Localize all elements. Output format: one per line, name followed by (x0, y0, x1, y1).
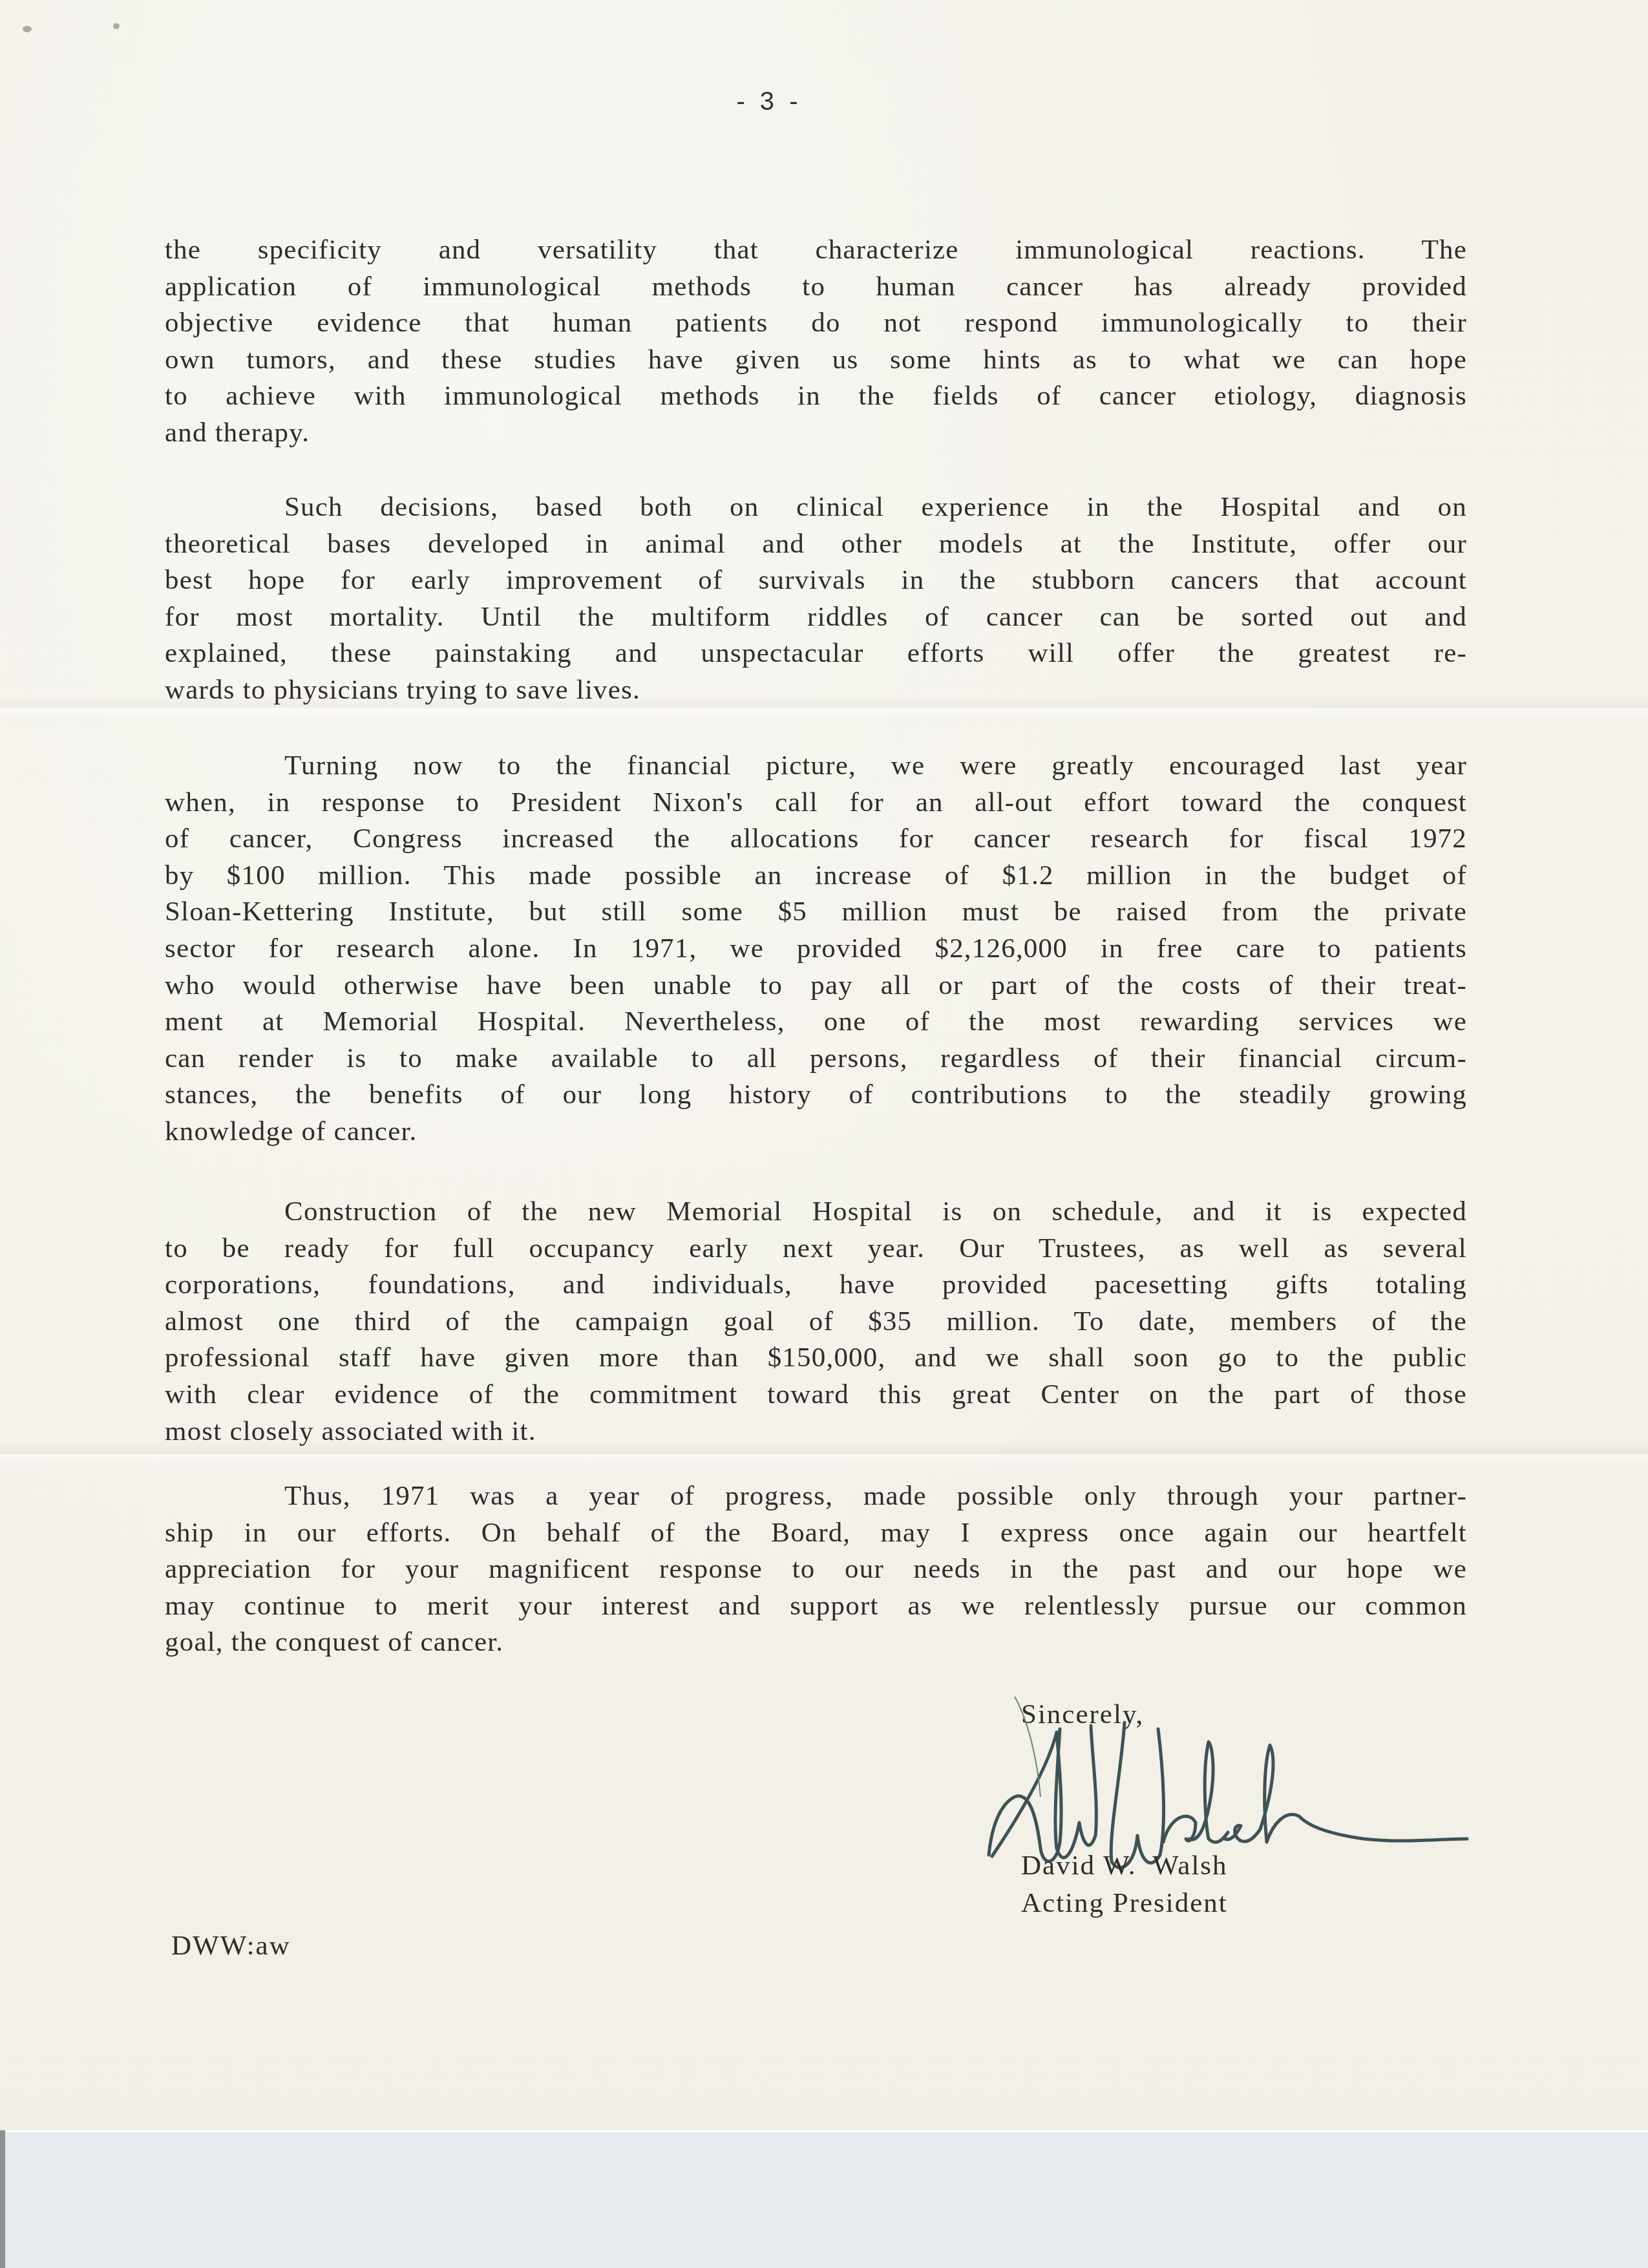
body-text-line: knowledge of cancer. (165, 1116, 417, 1148)
body-text-line: stances, the benefits of our long histor… (165, 1079, 1467, 1111)
body-text-line: Construction of the new Memorial Hospita… (284, 1196, 1467, 1228)
body-text-line: and therapy. (165, 417, 310, 449)
body-text-line: when, in response to President Nixon's c… (165, 787, 1467, 819)
signer-title: Acting President (1021, 1887, 1228, 1920)
body-text-line: explained, these painstaking and unspect… (165, 637, 1467, 670)
body-text-line: corporations, foundations, and individua… (165, 1269, 1467, 1301)
body-text-line: ship in our efforts. On behalf of the Bo… (165, 1517, 1467, 1549)
body-text-line: best hope for early improvement of survi… (165, 564, 1467, 597)
body-text-line: for most mortality. Until the multiform … (165, 601, 1467, 633)
paper-blemish (23, 26, 32, 32)
signer-name: David W. Walsh (1021, 1850, 1228, 1882)
body-text-line: own tumors, and these studies have given… (165, 344, 1467, 376)
body-text-line: wards to physicians trying to save lives… (165, 674, 640, 706)
body-text-line: may continue to merit your interest and … (165, 1590, 1467, 1622)
body-text-line: of cancer, Congress increased the alloca… (165, 823, 1467, 855)
body-text-line: goal, the conquest of cancer. (165, 1626, 503, 1659)
scanner-background (0, 2130, 1648, 2268)
body-text-line: ment at Memorial Hospital. Nevertheless,… (165, 1006, 1467, 1038)
body-text-line: who would otherwise have been unable to … (165, 970, 1467, 1002)
page-number: - 3 - (724, 87, 814, 116)
body-text-line: application of immunological methods to … (165, 271, 1467, 303)
body-text-line: Thus, 1971 was a year of progress, made … (284, 1480, 1467, 1512)
body-text-line: the specificity and versatility that cha… (165, 234, 1467, 266)
body-text-line: with clear evidence of the commitment to… (165, 1379, 1467, 1411)
body-text-line: Turning now to the financial picture, we… (284, 750, 1467, 782)
body-text-line: Such decisions, based both on clinical e… (284, 491, 1467, 524)
body-text-line: to achieve with immunological methods in… (165, 380, 1467, 412)
body-text-line: objective evidence that human patients d… (165, 307, 1467, 339)
reference-initials: DWW:aw (171, 1930, 291, 1962)
body-text-line: by $100 million. This made possible an i… (165, 860, 1467, 892)
scanner-edge (0, 2130, 5, 2268)
body-text-line: Sloan-Kettering Institute, but still som… (165, 896, 1467, 928)
body-text-line: almost one third of the campaign goal of… (165, 1306, 1467, 1338)
body-text-line: theoretical bases developed in animal an… (165, 528, 1467, 560)
body-text-line: to be ready for full occupancy early nex… (165, 1233, 1467, 1265)
body-text-line: most closely associated with it. (165, 1415, 536, 1448)
body-text-line: professional staff have given more than … (165, 1342, 1467, 1374)
paper-blemish (113, 23, 120, 29)
body-text-line: appreciation for your magnificent respon… (165, 1553, 1467, 1585)
body-text-line: sector for research alone. In 1971, we p… (165, 933, 1467, 965)
body-text-line: can render is to make available to all p… (165, 1043, 1467, 1075)
